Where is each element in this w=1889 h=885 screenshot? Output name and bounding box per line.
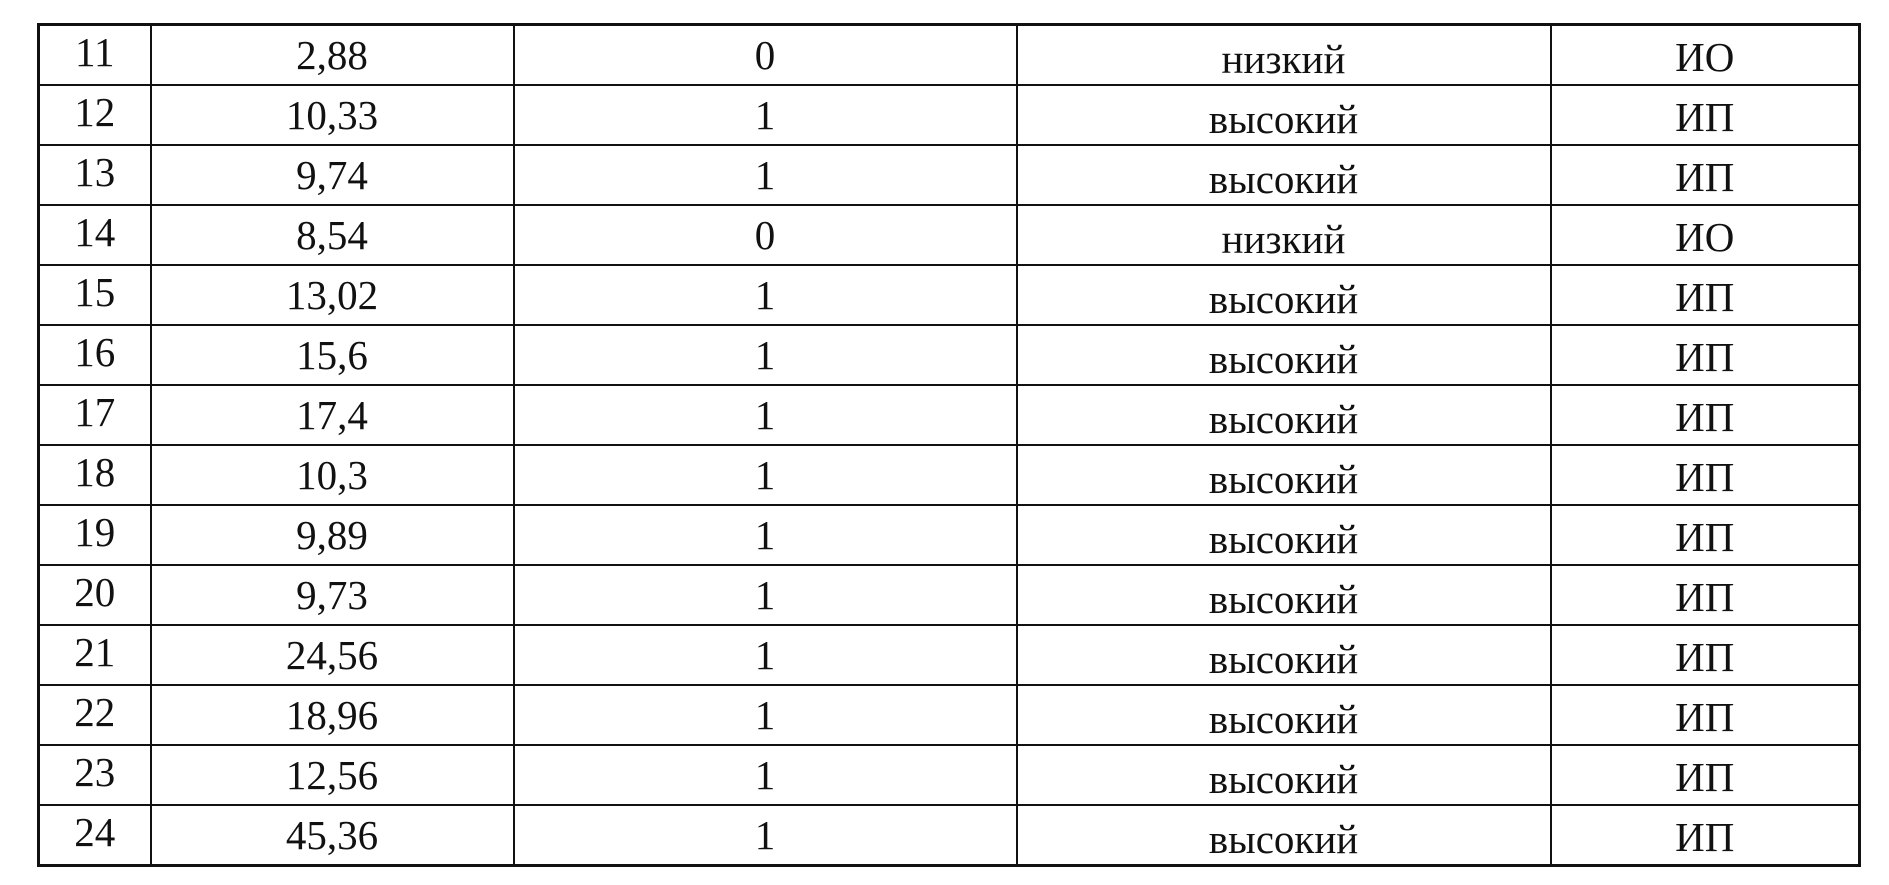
row-number-cell: 20 <box>39 565 151 625</box>
level-cell: высокий <box>1017 85 1551 145</box>
code-cell: 1 <box>514 565 1017 625</box>
value-cell: 2,88 <box>151 25 514 86</box>
level-cell: высокий <box>1017 685 1551 745</box>
level-cell: высокий <box>1017 325 1551 385</box>
code-cell: 1 <box>514 85 1017 145</box>
row-number-cell: 13 <box>39 145 151 205</box>
class-cell: ИП <box>1551 625 1860 685</box>
table-row: 22 18,96 1 высокий ИП <box>39 685 1860 745</box>
code-cell: 0 <box>514 205 1017 265</box>
level-cell: низкий <box>1017 205 1551 265</box>
code-cell: 0 <box>514 25 1017 86</box>
table-row: 15 13,02 1 высокий ИП <box>39 265 1860 325</box>
value-cell: 18,96 <box>151 685 514 745</box>
class-cell: ИП <box>1551 565 1860 625</box>
row-number-cell: 12 <box>39 85 151 145</box>
code-cell: 1 <box>514 145 1017 205</box>
value-cell: 9,73 <box>151 565 514 625</box>
level-cell: высокий <box>1017 385 1551 445</box>
row-number-cell: 11 <box>39 25 151 86</box>
class-cell: ИО <box>1551 205 1860 265</box>
row-number-cell: 21 <box>39 625 151 685</box>
level-cell: высокий <box>1017 565 1551 625</box>
value-cell: 45,36 <box>151 805 514 866</box>
value-cell: 24,56 <box>151 625 514 685</box>
class-cell: ИО <box>1551 25 1860 86</box>
row-number-cell: 17 <box>39 385 151 445</box>
table-row: 17 17,4 1 высокий ИП <box>39 385 1860 445</box>
table-row: 14 8,54 0 низкий ИО <box>39 205 1860 265</box>
row-number-cell: 22 <box>39 685 151 745</box>
class-cell: ИП <box>1551 745 1860 805</box>
value-cell: 9,89 <box>151 505 514 565</box>
code-cell: 1 <box>514 385 1017 445</box>
table-row: 11 2,88 0 низкий ИО <box>39 25 1860 86</box>
code-cell: 1 <box>514 505 1017 565</box>
row-number-cell: 18 <box>39 445 151 505</box>
level-cell: высокий <box>1017 805 1551 866</box>
level-cell: высокий <box>1017 505 1551 565</box>
table-body: 11 2,88 0 низкий ИО 12 10,33 1 высокий И… <box>39 25 1860 866</box>
class-cell: ИП <box>1551 385 1860 445</box>
level-cell: высокий <box>1017 265 1551 325</box>
table-row: 16 15,6 1 высокий ИП <box>39 325 1860 385</box>
row-number-cell: 24 <box>39 805 151 866</box>
table-row: 21 24,56 1 высокий ИП <box>39 625 1860 685</box>
value-cell: 10,3 <box>151 445 514 505</box>
table-row: 19 9,89 1 высокий ИП <box>39 505 1860 565</box>
row-number-cell: 15 <box>39 265 151 325</box>
table-row: 12 10,33 1 высокий ИП <box>39 85 1860 145</box>
row-number-cell: 14 <box>39 205 151 265</box>
class-cell: ИП <box>1551 145 1860 205</box>
class-cell: ИП <box>1551 325 1860 385</box>
value-cell: 17,4 <box>151 385 514 445</box>
level-cell: высокий <box>1017 145 1551 205</box>
code-cell: 1 <box>514 625 1017 685</box>
class-cell: ИП <box>1551 805 1860 866</box>
code-cell: 1 <box>514 745 1017 805</box>
code-cell: 1 <box>514 265 1017 325</box>
class-cell: ИП <box>1551 85 1860 145</box>
row-number-cell: 16 <box>39 325 151 385</box>
class-cell: ИП <box>1551 505 1860 565</box>
value-cell: 13,02 <box>151 265 514 325</box>
class-cell: ИП <box>1551 685 1860 745</box>
value-cell: 8,54 <box>151 205 514 265</box>
level-cell: низкий <box>1017 25 1551 86</box>
class-cell: ИП <box>1551 445 1860 505</box>
value-cell: 12,56 <box>151 745 514 805</box>
table-row: 18 10,3 1 высокий ИП <box>39 445 1860 505</box>
code-cell: 1 <box>514 325 1017 385</box>
table-row: 24 45,36 1 высокий ИП <box>39 805 1860 866</box>
class-cell: ИП <box>1551 265 1860 325</box>
level-cell: высокий <box>1017 625 1551 685</box>
data-table: 11 2,88 0 низкий ИО 12 10,33 1 высокий И… <box>37 23 1861 867</box>
value-cell: 9,74 <box>151 145 514 205</box>
level-cell: высокий <box>1017 745 1551 805</box>
value-cell: 10,33 <box>151 85 514 145</box>
code-cell: 1 <box>514 685 1017 745</box>
table-row: 13 9,74 1 высокий ИП <box>39 145 1860 205</box>
row-number-cell: 23 <box>39 745 151 805</box>
code-cell: 1 <box>514 445 1017 505</box>
row-number-cell: 19 <box>39 505 151 565</box>
code-cell: 1 <box>514 805 1017 866</box>
table-row: 20 9,73 1 высокий ИП <box>39 565 1860 625</box>
table-row: 23 12,56 1 высокий ИП <box>39 745 1860 805</box>
level-cell: высокий <box>1017 445 1551 505</box>
value-cell: 15,6 <box>151 325 514 385</box>
